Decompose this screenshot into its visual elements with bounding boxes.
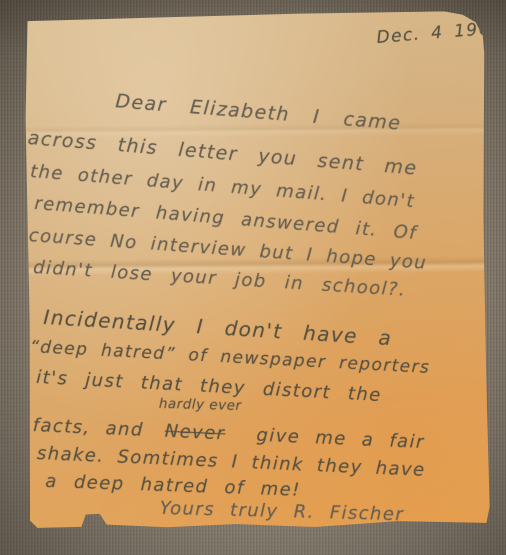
letter-date: Dec. 4 1964 bbox=[376, 18, 504, 48]
struck-out-word: Never bbox=[164, 421, 226, 445]
inserted-correction-text: hardly ever bbox=[159, 396, 242, 414]
letter-line: a deep hatred of me! bbox=[45, 471, 301, 501]
correction-pre-text: facts, and bbox=[32, 415, 144, 441]
signature-line: Yours truly R. Fischer bbox=[159, 498, 404, 525]
correction-post-text: give me a fair bbox=[256, 425, 425, 453]
photo-background: Dec. 4 1964 Dear Elizabeth I came across… bbox=[0, 0, 506, 555]
letter-line: Dear Elizabeth I came bbox=[115, 90, 402, 134]
letter-paper: Dec. 4 1964 Dear Elizabeth I came across… bbox=[24, 11, 490, 531]
